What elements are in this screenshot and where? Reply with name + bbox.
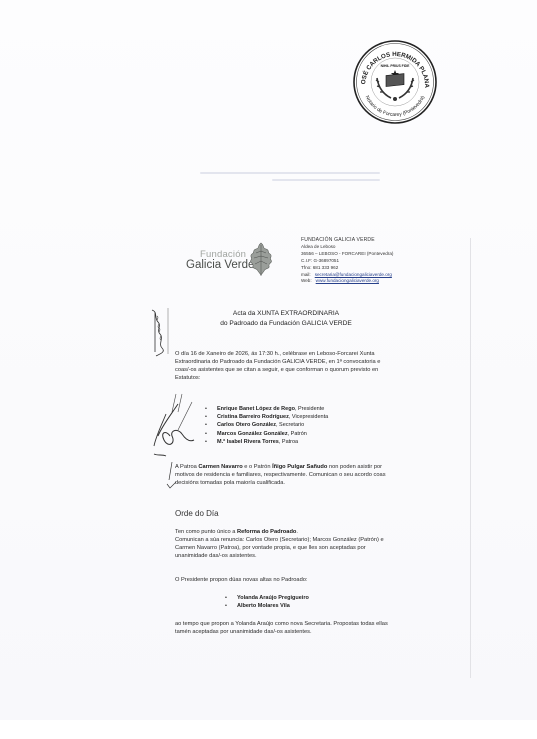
absent-name: Íñigo Pulgar Sañudo (272, 464, 327, 470)
attendee-name: Marcos González González (217, 431, 288, 437)
title-line-2: do Padroado da Fundación GALICIA VERDE (196, 319, 376, 329)
margin-check-mark (166, 460, 180, 490)
absent-line: motivos de residencia e familiares, resp… (175, 471, 386, 479)
new-members-list: Yolanda Araújo Pregigueiro Alberto Molar… (225, 594, 309, 610)
new-member-item: Alberto Molares Vila (225, 602, 309, 610)
mail-link[interactable]: secretaria@fundaciongaliciaverde.org (315, 272, 392, 277)
attendee-item: Marcos González González, Patrón (205, 430, 328, 438)
absent-text: non poden asistir por (327, 464, 382, 470)
org-name: FUNDACIÓN GALICIA VERDE (301, 237, 393, 244)
attendee-name: Carlos Otero González (217, 422, 276, 428)
notary-seal-icon: JOSÉ CARLOS HERMIDA PLANA Notario de For… (353, 40, 437, 124)
agenda-text: Ten como punto único a (175, 529, 237, 535)
absent-name: Carmen Navarro (198, 464, 242, 470)
agenda-line: Carmen Navarro (Patroa), por vontade pro… (175, 544, 384, 552)
intro-line: coas/-os asistentes que se citan a segui… (175, 366, 380, 374)
absent-paragraph: A Patroa Carmen Navarro e o Patrón Íñigo… (175, 463, 386, 487)
attendee-role: , Patroa (279, 439, 298, 445)
attendee-item: Carlos Otero González, Secretario (205, 421, 328, 429)
attendee-role: , Presidente (295, 406, 324, 412)
attendee-item: M.ª Isabel Rivera Torres, Patroa (205, 438, 328, 446)
attendee-item: Cristina Barreiro Rodríguez, Vicepreside… (205, 413, 328, 421)
page-fold-line (470, 238, 471, 678)
oak-leaf-icon (248, 241, 274, 277)
attendee-role: , Vicepresidenta (289, 414, 328, 420)
intro-line: O día 16 de Xaneiro de 2026, ás 17:30 h.… (175, 350, 380, 358)
agenda-paragraph: Ten como punto único a Reforma do Padroa… (175, 528, 384, 560)
letterhead-contact-block: FUNDACIÓN GALICIA VERDE Aldea de Leboso … (301, 237, 393, 285)
cif: C.I.F: G-36897051 (301, 258, 393, 265)
attendee-name: Enrique Banet López de Rego (217, 406, 295, 412)
agenda-line: unanimidade das/-os asistentes. (175, 552, 384, 560)
intro-line: Estatutos: (175, 374, 380, 382)
document-title: Acta da XUNTA EXTRAORDINARIA do Padroado… (196, 309, 376, 329)
logo-text-galicia-verde: Galicia Verde (186, 259, 254, 271)
absent-text: e o Patrón (243, 464, 272, 470)
attendee-name: M.ª Isabel Rivera Torres (217, 439, 279, 445)
absent-line: decisións tomadas pola maioría cualifica… (175, 479, 386, 487)
agenda-text: . (296, 529, 298, 535)
attendee-name: Cristina Barreiro Rodríguez (217, 414, 289, 420)
svg-text:NIHIL PRIUS FIDE: NIHIL PRIUS FIDE (381, 64, 410, 68)
web-label: Web: (301, 278, 312, 283)
attendee-list: Enrique Banet López de Rego, Presidente … (205, 405, 328, 446)
attendee-role: , Secretario (276, 422, 304, 428)
intro-paragraph: O día 16 de Xaneiro de 2026, ás 17:30 h.… (175, 350, 380, 382)
mail-label: mail: (301, 272, 311, 277)
phone: Tfno: 681 333 962 (301, 265, 393, 272)
bleed-through-text (200, 172, 380, 186)
intro-line: Extraordinaria do Padroado da Fundación … (175, 358, 380, 366)
address-line-2: 36556 – LEBOSO - FORCAREI (Pontevedra) (301, 251, 393, 258)
closing-line: tamén aceptadas por unanimidade das/-os … (175, 628, 388, 636)
new-member-item: Yolanda Araújo Pregigueiro (225, 594, 309, 602)
agenda-item: Reforma do Padroado (237, 529, 296, 535)
title-line-1: Acta da XUNTA EXTRAORDINARIA (196, 309, 376, 319)
address-line-1: Aldea de Leboso (301, 244, 393, 251)
agenda-heading: Orde do Día (175, 509, 219, 518)
closing-paragraph: ao tempo que propon a Yolanda Araújo com… (175, 620, 388, 636)
president-proposal: O Presidente propon dúas novas altas no … (175, 576, 307, 584)
attendee-role: , Patrón (288, 431, 307, 437)
margin-slash-mark (170, 392, 186, 414)
agenda-line: Comunican a súa renuncia: Carlos Otero (… (175, 536, 384, 544)
signature-icon (146, 306, 176, 358)
attendee-item: Enrique Banet López de Rego, Presidente (205, 405, 328, 413)
page-bottom-edge (0, 720, 537, 739)
web-link[interactable]: www.fundaciongaliciaverde.org (316, 278, 379, 283)
closing-line: ao tempo que propon a Yolanda Araújo com… (175, 620, 388, 628)
